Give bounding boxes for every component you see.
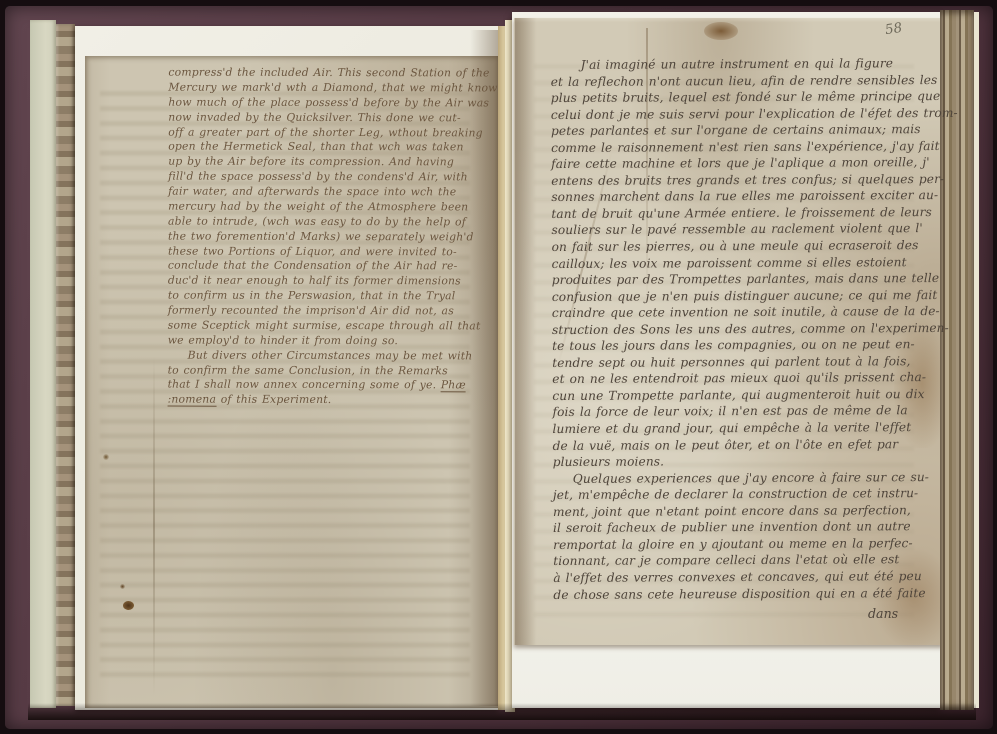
top-blotch-stain bbox=[704, 22, 738, 40]
show-through-text bbox=[534, 58, 914, 618]
gutter-shadow bbox=[515, 18, 537, 645]
bottom-shadow bbox=[28, 703, 976, 720]
manuscript-photo: 58 dans compress'd the included Air. Thi… bbox=[0, 0, 997, 734]
left-page-edge-brown bbox=[56, 24, 75, 706]
left-manuscript-leaf bbox=[85, 56, 498, 708]
fore-edge-page-stack bbox=[940, 10, 974, 710]
right-manuscript-leaf bbox=[514, 18, 943, 645]
foxing-stain bbox=[103, 454, 109, 460]
fold-crease bbox=[646, 28, 648, 308]
fold-crease bbox=[153, 356, 155, 696]
ink-spot-stain bbox=[123, 601, 134, 610]
show-through-text bbox=[100, 86, 470, 686]
fold-crease bbox=[557, 151, 612, 365]
gutter-shadow bbox=[470, 30, 498, 706]
gutter-page-edge bbox=[498, 26, 505, 710]
ink-spot-stain bbox=[120, 584, 125, 589]
left-page-edge-sage bbox=[30, 20, 56, 708]
fore-edge-sliver bbox=[974, 12, 979, 708]
